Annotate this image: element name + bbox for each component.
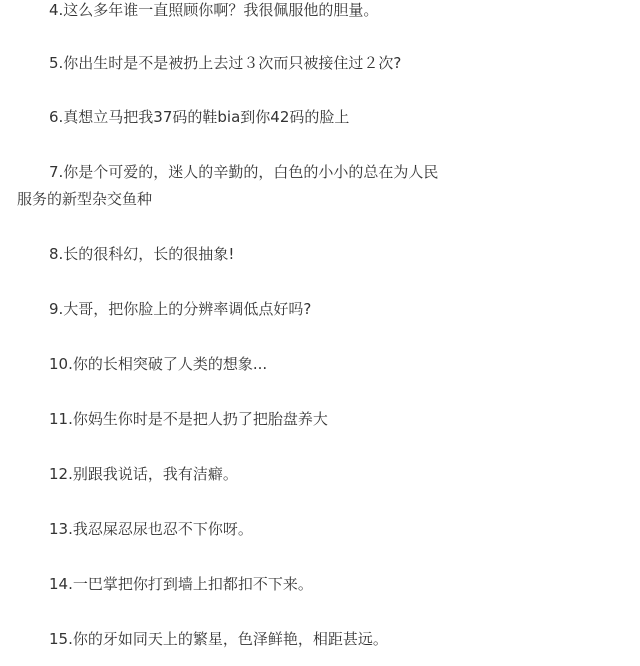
list-item: 13.我忍屎忍尿也忍不下你呀。	[49, 519, 253, 539]
list-item: 7.你是个可爱的，迷人的辛勤的，白色的小小的总在为人民	[49, 162, 438, 182]
list-item: 8.长的很科幻，长的很抽象!	[49, 244, 234, 264]
list-item: 14.一巴掌把你打到墙上扣都扣不下来。	[49, 574, 313, 594]
list-item: 6.真想立马把我37码的鞋bia到你42码的脸上	[49, 107, 349, 127]
list-item-continuation: 服务的新型杂交鱼种	[17, 189, 152, 209]
list-item: 5.你出生时是不是被扔上去过３次而只被接住过２次?	[49, 53, 401, 73]
list-item: 9.大哥，把你脸上的分辨率调低点好吗?	[49, 299, 311, 319]
list-item: 10.你的长相突破了人类的想象...	[49, 354, 267, 374]
list-item: 11.你妈生你时是不是把人扔了把胎盘养大	[49, 409, 328, 429]
list-item: 4.这么多年谁一直照顾你啊？我很佩服他的胆量。	[49, 0, 378, 20]
list-item: 15.你的牙如同天上的繁星，色泽鲜艳，相距甚远。	[49, 629, 388, 649]
list-item: 12.别跟我说话，我有洁癖。	[49, 464, 238, 484]
